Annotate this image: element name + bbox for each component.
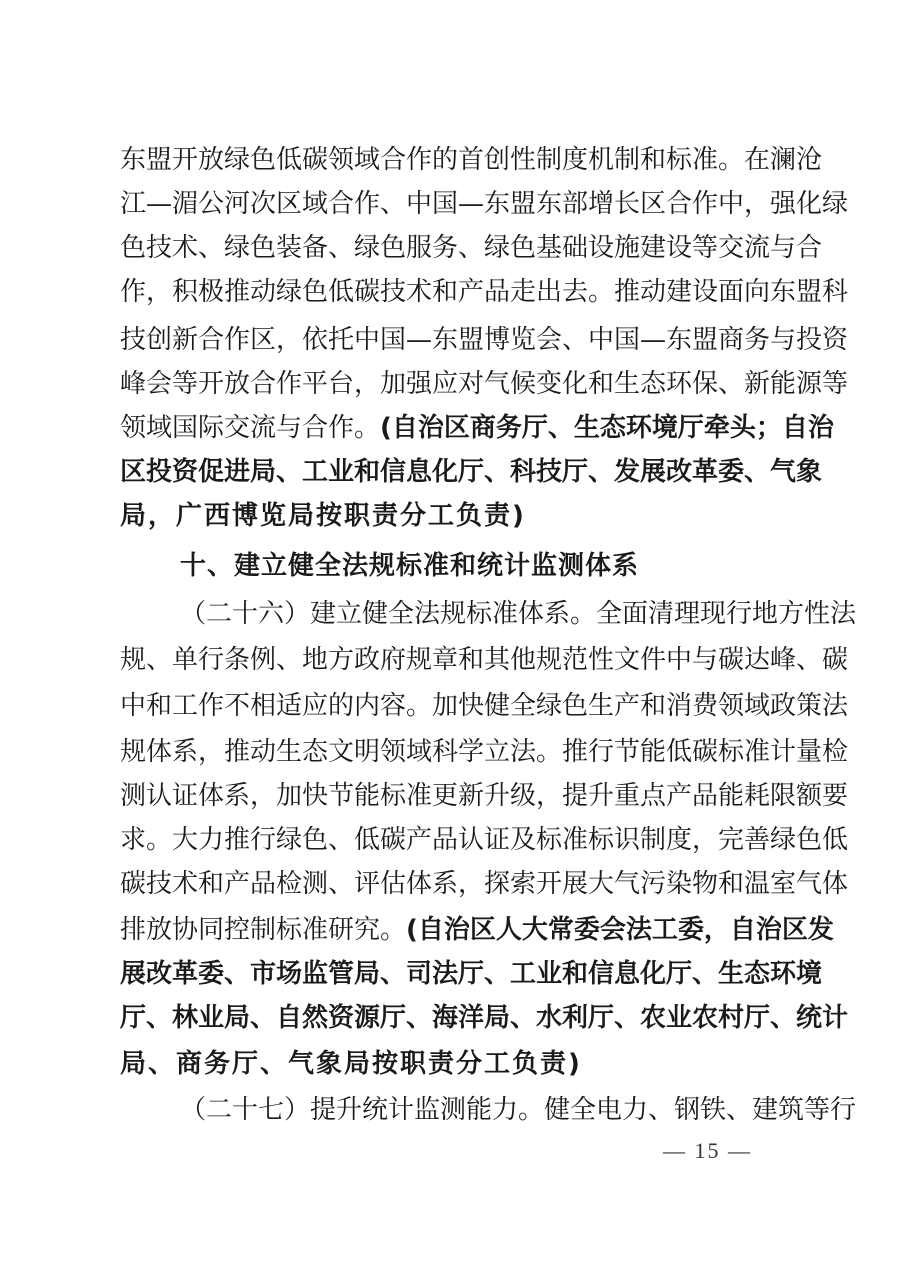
paragraph-line: 作，积极推动绿色低碳技术和产品走出去。推动建设面向东盟科 xyxy=(120,272,782,312)
document-page: 东盟开放绿色低碳领域合作的首创性制度机制和标准。在澜沧 江—湄公河次区域合作、中… xyxy=(0,0,900,1272)
body-text: 技创新合作区，依托中国—东盟博览会、中国—东盟商务与投资 xyxy=(120,325,848,355)
body-text: 作，积极推动绿色低碳技术和产品走出去。推动建设面向东盟科 xyxy=(120,277,848,307)
responsible-units: 局、商务厅、气象局按职责分工负责) xyxy=(120,1049,582,1079)
paragraph-line: 碳技术和产品检测、评估体系，探索开展大气污染物和温室气体 xyxy=(120,864,782,904)
responsible-units: 厅、林业局、自然资源厅、海洋局、水利厅、农业农村厅、统计 xyxy=(120,1003,848,1033)
body-text: 峰会等开放合作平台，加强应对气候变化和生态环保、新能源等 xyxy=(120,369,848,399)
section-heading: 十、建立健全法规标准和统计监测体系 xyxy=(180,546,782,586)
paragraph-line: 规、单行条例、地方政府规章和其他规范性文件中与碳达峰、碳 xyxy=(120,640,782,680)
paragraph-line: （二十七）提升统计监测能力。健全电力、钢铁、建筑等行 xyxy=(180,1090,782,1130)
paragraph-line: 区投资促进局、工业和信息化厅、科技厅、发展改革委、气象 xyxy=(120,452,782,492)
body-text: 江—湄公河次区域合作、中国—东盟东部增长区合作中，强化绿 xyxy=(120,189,848,219)
paragraph-line: 排放协同控制标准研究。(自治区人大常委会法工委，自治区发 xyxy=(120,910,782,950)
body-text: 求。大力推行绿色、低碳产品认证及标准标识制度，完善绿色低 xyxy=(120,825,848,855)
paragraph-line: 技创新合作区，依托中国—东盟博览会、中国—东盟商务与投资 xyxy=(120,320,782,360)
body-text: 规、单行条例、地方政府规章和其他规范性文件中与碳达峰、碳 xyxy=(120,645,848,675)
paragraph-line: 色技术、绿色装备、绿色服务、绿色基础设施建设等交流与合 xyxy=(120,228,782,268)
page-number: — 15 — xyxy=(663,1136,752,1166)
paragraph-line: （二十六）建立健全法规标准体系。全面清理现行地方性法 xyxy=(180,594,782,634)
body-text: 东盟开放绿色低碳领域合作的首创性制度机制和标准。在澜沧 xyxy=(120,145,822,175)
body-text: 领域国际交流与合作。 xyxy=(120,413,380,443)
paragraph-line: 厅、林业局、自然资源厅、海洋局、水利厅、农业农村厅、统计 xyxy=(120,998,782,1038)
body-text: 碳技术和产品检测、评估体系，探索开展大气污染物和温室气体 xyxy=(120,869,848,899)
section-title: 十、建立健全法规标准和统计监测体系 xyxy=(180,551,639,581)
paragraph-line: 领域国际交流与合作。(自治区商务厅、生态环境厅牵头；自治 xyxy=(120,408,782,448)
paragraph-line: 峰会等开放合作平台，加强应对气候变化和生态环保、新能源等 xyxy=(120,364,782,404)
responsible-units: 区投资促进局、工业和信息化厅、科技厅、发展改革委、气象 xyxy=(120,457,822,487)
body-text: 测认证体系，加快节能标准更新升级，提升重点产品能耗限额要 xyxy=(120,781,848,811)
responsible-units: (自治区商务厅、生态环境厅牵头；自治 xyxy=(380,413,834,443)
body-text: 规体系，推动生态文明领域科学立法。推行节能低碳标准计量检 xyxy=(120,737,848,767)
body-text: 中和工作不相适应的内容。加快健全绿色生产和消费领域政策法 xyxy=(120,691,848,721)
paragraph-line: 东盟开放绿色低碳领域合作的首创性制度机制和标准。在澜沧 xyxy=(120,140,782,180)
responsible-units: 展改革委、市场监管局、司法厅、工业和信息化厅、生态环境 xyxy=(120,959,822,989)
responsible-units: (自治区人大常委会法工委，自治区发 xyxy=(406,915,834,945)
responsible-units: 局，广西博览局按职责分工负责) xyxy=(120,501,526,531)
paragraph-line: 中和工作不相适应的内容。加快健全绿色生产和消费领域政策法 xyxy=(120,686,782,726)
subsection-text: （二十七）提升统计监测能力。健全电力、钢铁、建筑等行 xyxy=(180,1095,856,1125)
paragraph-line: 江—湄公河次区域合作、中国—东盟东部增长区合作中，强化绿 xyxy=(120,184,782,224)
subsection-text: （二十六）建立健全法规标准体系。全面清理现行地方性法 xyxy=(180,599,856,629)
paragraph-line: 规体系，推动生态文明领域科学立法。推行节能低碳标准计量检 xyxy=(120,732,782,772)
paragraph-line: 求。大力推行绿色、低碳产品认证及标准标识制度，完善绿色低 xyxy=(120,820,782,860)
paragraph-line: 测认证体系，加快节能标准更新升级，提升重点产品能耗限额要 xyxy=(120,776,782,816)
paragraph-line: 局，广西博览局按职责分工负责) xyxy=(120,496,782,536)
paragraph-line: 局、商务厅、气象局按职责分工负责) xyxy=(120,1044,782,1084)
body-text: 色技术、绿色装备、绿色服务、绿色基础设施建设等交流与合 xyxy=(120,233,822,263)
paragraph-line: 展改革委、市场监管局、司法厅、工业和信息化厅、生态环境 xyxy=(120,954,782,994)
body-text: 排放协同控制标准研究。 xyxy=(120,915,406,945)
